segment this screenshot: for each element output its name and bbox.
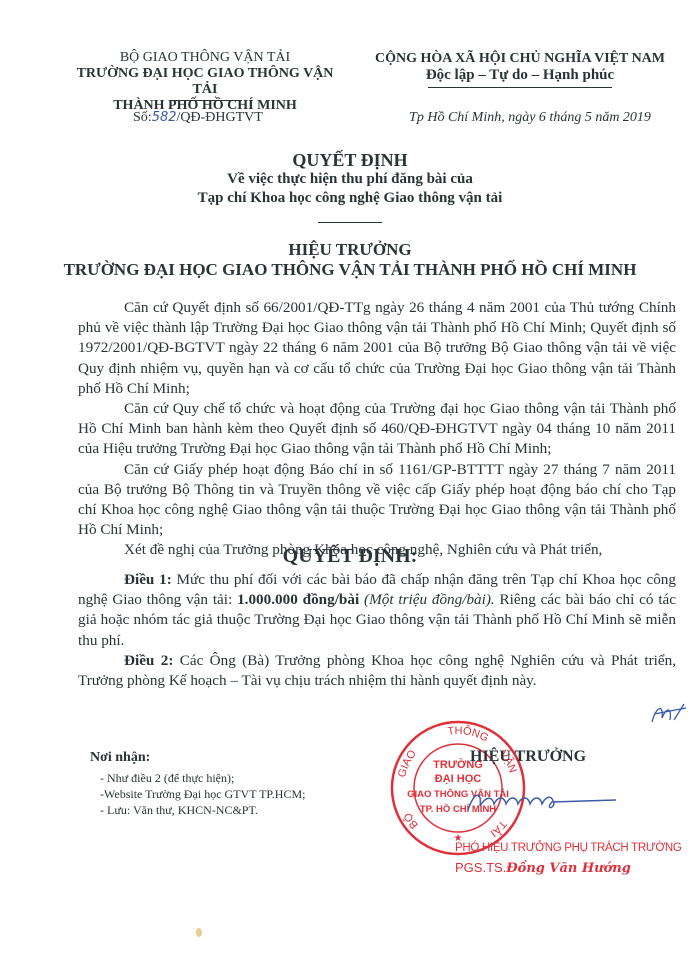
document-type-title: QUYẾT ĐỊNH xyxy=(0,150,700,171)
svg-text:BỘ: BỘ xyxy=(401,810,421,831)
university-name: TRƯỜNG ĐẠI HỌC GIAO THÔNG VẬN TẢI xyxy=(70,66,340,98)
preamble: Căn cứ Quyết định số 66/2001/QĐ-TTg ngày… xyxy=(78,298,676,561)
recipient-item: - Lưu: Văn thư, KHCN-NC&PT. xyxy=(100,802,305,818)
recipient-item: -Website Trường Đại học GTVT TP.HCM; xyxy=(100,786,305,802)
articles: Điều 1: Mức thu phí đối với các bài báo … xyxy=(78,570,676,691)
signatory-role: PHÓ HIỆU TRƯỞNG PHỤ TRÁCH TRƯỜNG xyxy=(455,842,682,854)
recipient-item: - Như điều 2 (để thực hiện); xyxy=(100,770,305,786)
doc-number-prefix: Số: xyxy=(133,110,152,125)
decision-heading: QUYẾT ĐỊNH: xyxy=(0,545,700,568)
initials-mark-icon xyxy=(648,700,688,730)
recipients-list: - Như điều 2 (để thực hiện); -Website Tr… xyxy=(100,770,305,818)
national-motto-block: CỘNG HÒA XÃ HỘI CHỦ NGHĨA VIỆT NAM Độc l… xyxy=(365,50,675,84)
header-left-underline xyxy=(170,100,242,101)
preamble-paragraph: Căn cứ Giấy phép hoạt động Báo chí in số… xyxy=(78,460,676,541)
paper-spot xyxy=(196,928,202,937)
article-2: Điều 2: Các Ông (Bà) Trưởng phòng Khoa h… xyxy=(78,651,676,691)
issuing-agency-block: BỘ GIAO THÔNG VẬN TẢI TRƯỜNG ĐẠI HỌC GIA… xyxy=(70,50,340,114)
article-1: Điều 1: Mức thu phí đối với các bài báo … xyxy=(78,570,676,651)
motto-underline xyxy=(428,87,612,88)
fee-amount-words: (Một triệu đồng/bài). xyxy=(359,591,495,608)
recipients-heading: Nơi nhận: xyxy=(90,750,150,766)
subject-line-2: Tạp chí Khoa học công nghệ Giao thông vậ… xyxy=(0,190,700,207)
signatory-name-prefix: PGS.TS. xyxy=(455,860,506,875)
signatory-name: PGS.TS.Đồng Văn Hướng xyxy=(455,860,631,876)
signatory-title: HIỆU TRƯỞNG xyxy=(470,748,586,766)
article-2-label: Điều 2: xyxy=(124,652,173,669)
document-number: Số:582/QĐ-ĐHGTVT xyxy=(133,110,263,126)
doc-number-handwritten: 582 xyxy=(152,110,177,125)
ministry-name: BỘ GIAO THÔNG VẬN TẢI xyxy=(70,50,340,66)
place-date: Tp Hồ Chí Minh, ngày 6 tháng 5 năm 2019 xyxy=(385,110,675,126)
country-name: CỘNG HÒA XÃ HỘI CHỦ NGHĨA VIỆT NAM xyxy=(365,50,675,67)
handwritten-signature-icon xyxy=(460,782,620,822)
subject-line-1: Về việc thực hiện thu phí đăng bài của xyxy=(0,171,700,188)
article-1-label: Điều 1: xyxy=(124,571,172,588)
motto: Độc lập – Tự do – Hạnh phúc xyxy=(365,67,675,84)
title-underline xyxy=(318,222,382,223)
preamble-paragraph: Căn cứ Quyết định số 66/2001/QĐ-TTg ngày… xyxy=(78,298,676,399)
doc-number-suffix: /QĐ-ĐHGTVT xyxy=(177,110,263,125)
authority-title: HIỆU TRƯỞNG xyxy=(0,240,700,260)
preamble-paragraph: Căn cứ Quy chế tổ chức và hoạt động của … xyxy=(78,399,676,460)
fee-amount: 1.000.000 đồng/bài xyxy=(237,591,359,608)
authority-organization: TRƯỜNG ĐẠI HỌC GIAO THÔNG VẬN TẢI THÀNH … xyxy=(0,260,700,280)
signatory-name-script: Đồng Văn Hướng xyxy=(506,861,631,876)
